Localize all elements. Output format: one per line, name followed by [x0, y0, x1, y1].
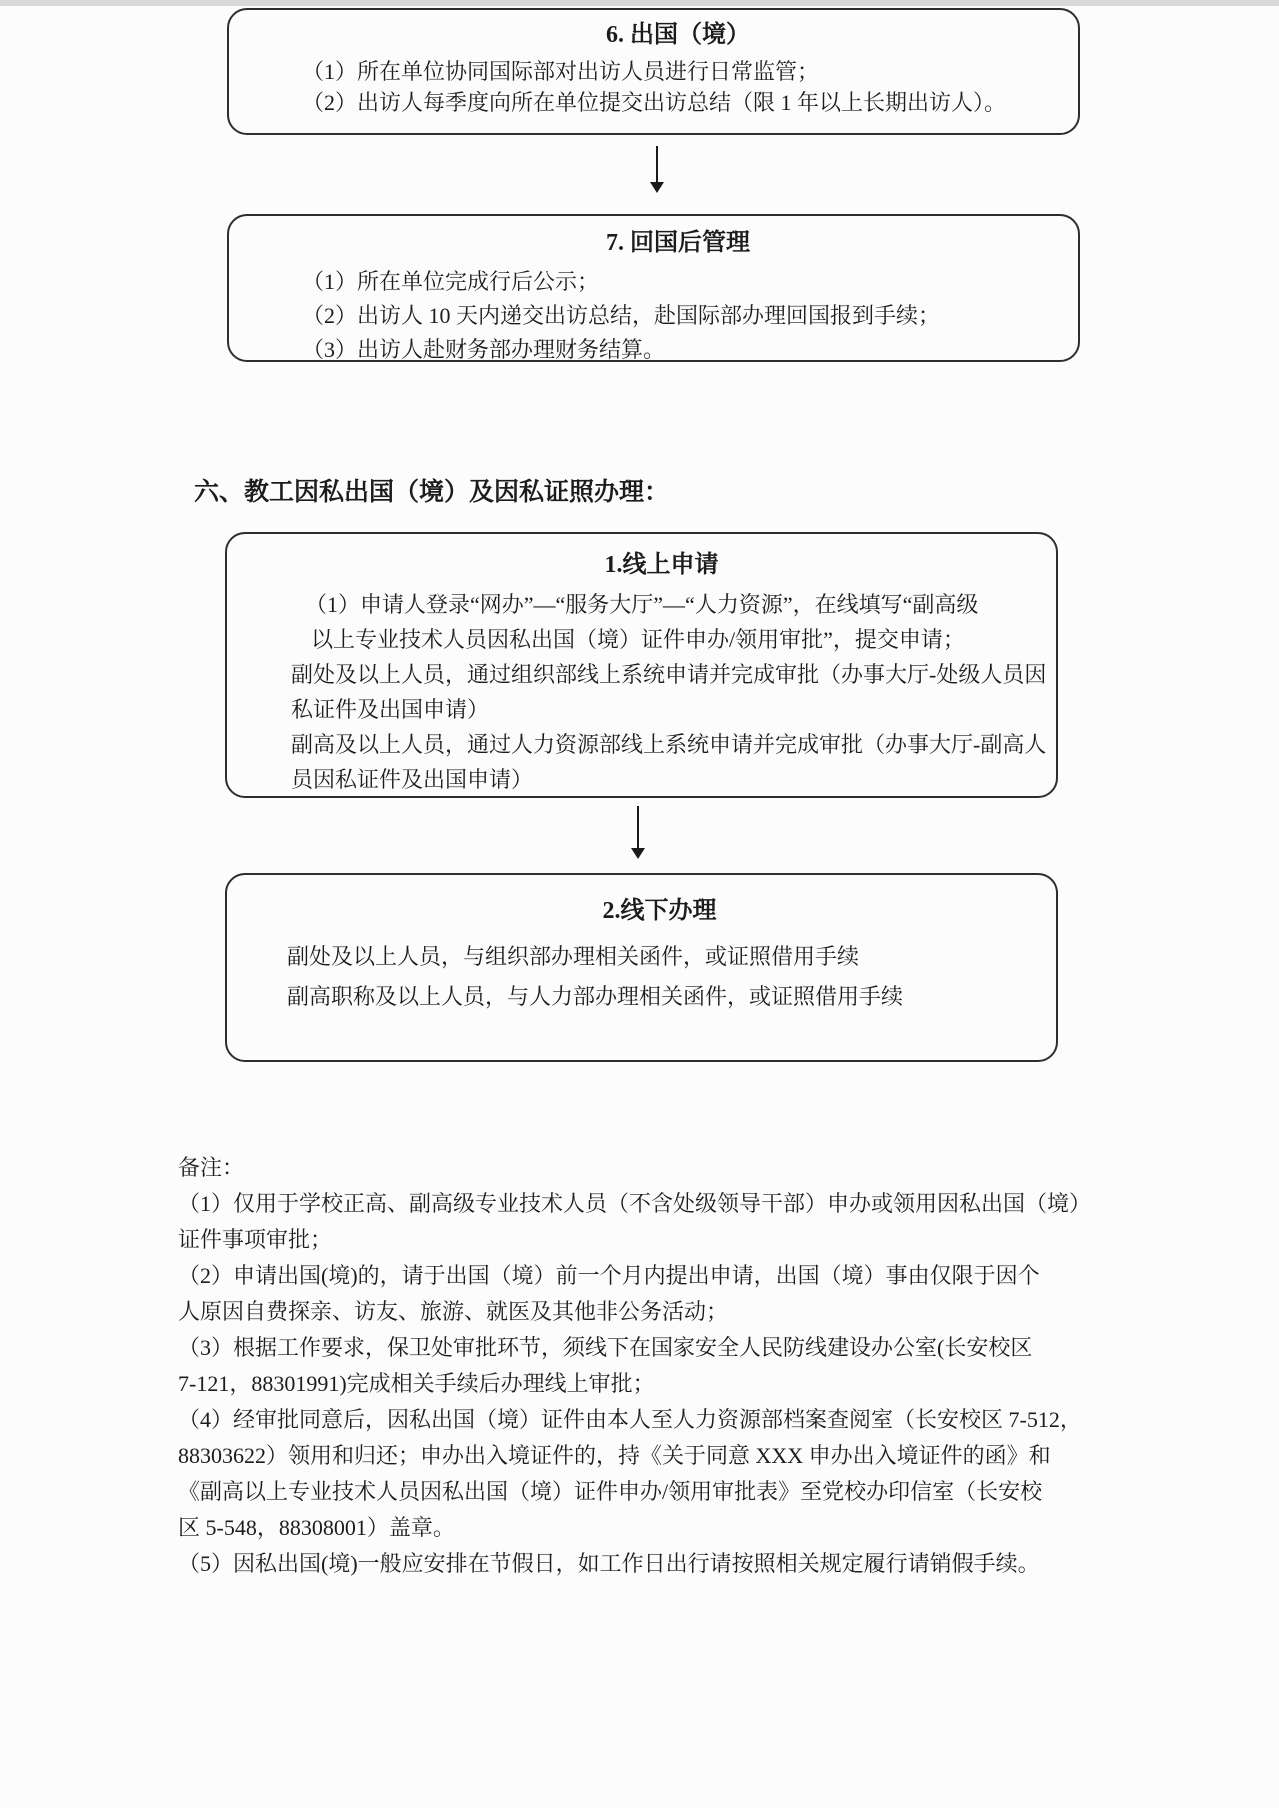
note-line: （1）仅用于学校正高、副高级专业技术人员（不含处级领导干部）申办或领用因私出国（… — [178, 1186, 1138, 1222]
note-line: （4）经审批同意后，因私出国（境）证件由本人至人力资源部档案查阅室（长安校区 7… — [178, 1402, 1138, 1438]
down-arrow-icon — [650, 146, 664, 193]
note-line: （3）根据工作要求，保卫处审批环节，须线下在国家安全人民防线建设办公室(长安校区 — [178, 1330, 1138, 1366]
flow-box-line: （1）所在单位完成行后公示； — [302, 265, 1054, 299]
flow-box-return-management: 7. 回国后管理 （1）所在单位完成行后公示； （2）出访人 10 天内递交出访… — [227, 214, 1080, 362]
notes-label: 备注： — [178, 1150, 1138, 1186]
flow-box-line: 以上专业技术人员因私出国（境）证件申办/领用审批”，提交申请； — [311, 622, 1032, 657]
note-line: 证件事项审批； — [178, 1222, 1138, 1258]
flow-box-online-application: 1.线上申请 （1）申请人登录“网办”—“服务大厅”—“人力资源”，在线填写“副… — [225, 532, 1058, 798]
flow-box-line: 副高职称及以上人员，与人力部办理相关函件，或证照借用手续 — [287, 977, 1032, 1017]
document-page: 6. 出国（境） （1）所在单位协同国际部对出访人员进行日常监管； （2）出访人… — [0, 0, 1279, 1808]
down-arrow-icon — [631, 806, 645, 859]
notes-section: 备注： （1）仅用于学校正高、副高级专业技术人员（不含处级领导干部）申办或领用因… — [178, 1150, 1138, 1582]
flow-box-going-abroad: 6. 出国（境） （1）所在单位协同国际部对出访人员进行日常监管； （2）出访人… — [227, 8, 1080, 135]
flow-box-line: 员因私证件及出国申请） — [291, 762, 1032, 797]
flow-box-line: （2）出访人 10 天内递交出访总结，赴国际部办理回国报到手续； — [302, 299, 1054, 333]
flow-box-line: 副处及以上人员，与组织部办理相关函件，或证照借用手续 — [287, 937, 1032, 977]
note-line: （5）因私出国(境)一般应安排在节假日，如工作日出行请按照相关规定履行请销假手续… — [178, 1546, 1138, 1582]
flow-box-line: （2）出访人每季度向所在单位提交出访总结（限 1 年以上长期出访人）。 — [302, 87, 1054, 118]
flow-box-title: 2.线下办理 — [287, 895, 1032, 927]
flow-box-line: （1）申请人登录“网办”—“服务大厅”—“人力资源”，在线填写“副高级 — [305, 587, 1032, 622]
flow-box-line: 副高及以上人员，通过人力资源部线上系统申请并完成审批（办事大厅-副高人 — [291, 727, 1032, 762]
note-line: 7-121，88301991)完成相关手续后办理线上审批； — [178, 1366, 1138, 1402]
flow-box-title: 7. 回国后管理 — [302, 227, 1054, 259]
flow-box-line: （3）出访人赴财务部办理财务结算。 — [302, 333, 1054, 367]
note-line: 88303622）领用和归还；申办出入境证件的，持《关于同意 XXX 申办出入境… — [178, 1438, 1138, 1474]
flow-box-line: 私证件及出国申请） — [291, 692, 1032, 727]
section-heading: 六、教工因私出国（境）及因私证照办理： — [194, 472, 669, 508]
flow-box-title: 1.线上申请 — [291, 549, 1032, 581]
note-line: 人原因自费探亲、访友、旅游、就医及其他非公务活动； — [178, 1294, 1138, 1330]
note-line: 区 5-548，88308001）盖章。 — [178, 1510, 1138, 1546]
flow-box-offline-processing: 2.线下办理 副处及以上人员，与组织部办理相关函件，或证照借用手续 副高职称及以… — [225, 873, 1058, 1062]
page-top-border — [0, 0, 1279, 6]
note-line: 《副高以上专业技术人员因私出国（境）证件申办/领用审批表》至党校办印信室（长安校 — [178, 1474, 1138, 1510]
flow-box-line: （1）所在单位协同国际部对出访人员进行日常监管； — [302, 56, 1054, 87]
flow-box-title: 6. 出国（境） — [302, 19, 1054, 51]
note-line: （2）申请出国(境)的，请于出国（境）前一个月内提出申请，出国（境）事由仅限于因… — [178, 1258, 1138, 1294]
flow-box-line: 副处及以上人员，通过组织部线上系统申请并完成审批（办事大厅-处级人员因 — [291, 657, 1032, 692]
